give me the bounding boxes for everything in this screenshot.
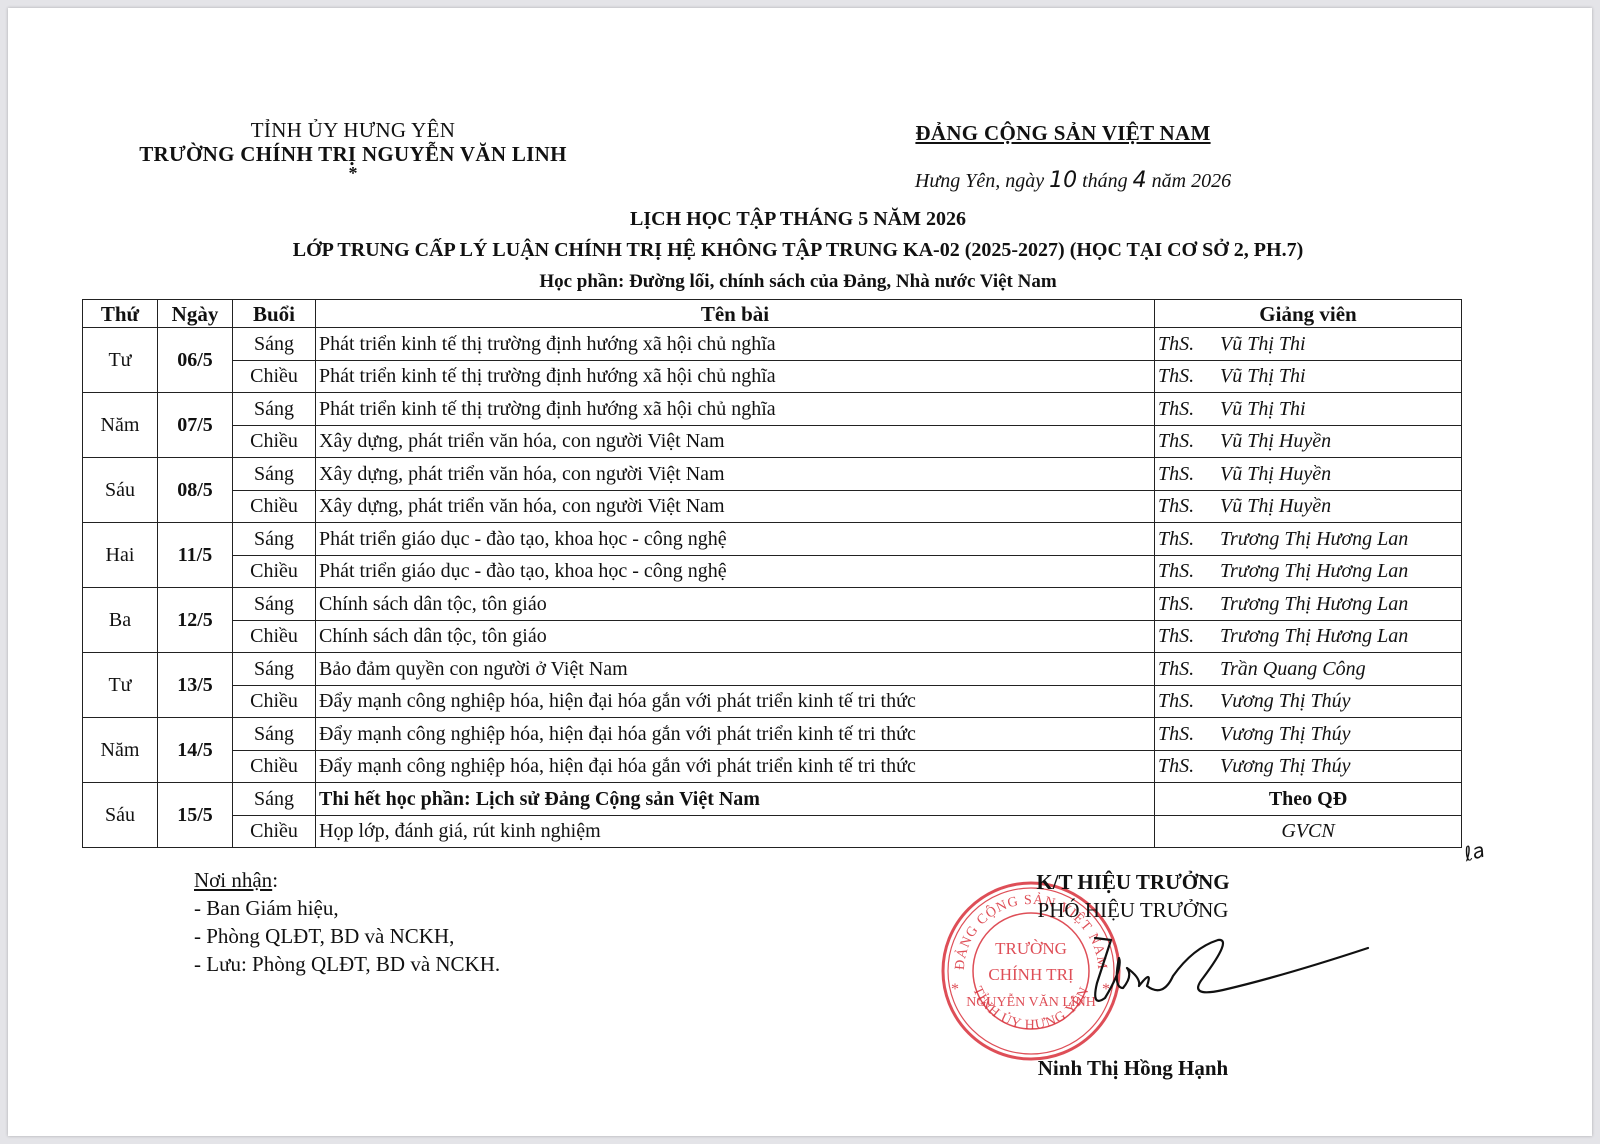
cell-buoi: Chiều bbox=[233, 490, 316, 523]
lecturer-name: Vũ Thị Thi bbox=[1220, 398, 1306, 420]
table-row: ChiềuĐẩy mạnh công nghiệp hóa, hiện đại … bbox=[83, 750, 1462, 783]
cell-thu: Năm bbox=[83, 393, 158, 458]
issuing-organization: TỈNH ỦY HƯNG YÊN TRƯỜNG CHÍNH TRỊ NGUYỄN… bbox=[68, 118, 638, 180]
cell-giang-vien: ThS.Vũ Thị Huyền bbox=[1155, 458, 1462, 491]
cell-thu: Năm bbox=[83, 718, 158, 783]
cell-giang-vien: Theo QĐ bbox=[1155, 783, 1462, 816]
cell-ten-bai: Chính sách dân tộc, tôn giáo bbox=[316, 620, 1155, 653]
cell-giang-vien: ThS.Vũ Thị Huyền bbox=[1155, 490, 1462, 523]
cell-giang-vien: ThS.Vũ Thị Huyền bbox=[1155, 425, 1462, 458]
signature-block: K/T HIỆU TRƯỞNG PHÓ HIỆU TRƯỞNG bbox=[968, 868, 1298, 924]
cell-buoi: Chiều bbox=[233, 360, 316, 393]
cell-buoi: Sáng bbox=[233, 393, 316, 426]
cell-buoi: Chiều bbox=[233, 620, 316, 653]
lecturer-name: GVCN bbox=[1281, 820, 1334, 842]
cell-ten-bai: Chính sách dân tộc, tôn giáo bbox=[316, 588, 1155, 621]
recipient-item: - Ban Giám hiệu, bbox=[194, 894, 500, 922]
date-month-label: tháng bbox=[1082, 170, 1128, 192]
signer-name: Ninh Thị Hồng Hạnh bbox=[968, 1056, 1298, 1081]
header-ngay: Ngày bbox=[158, 300, 233, 328]
cell-thu: Tư bbox=[83, 653, 158, 718]
module-title: Học phần: Đường lối, chính sách của Đảng… bbox=[108, 266, 1488, 297]
cell-ngay: 13/5 bbox=[158, 653, 233, 718]
lecturer-name: Vương Thị Thúy bbox=[1220, 690, 1350, 712]
cell-thu: Sáu bbox=[83, 783, 158, 848]
cell-ngay: 15/5 bbox=[158, 783, 233, 848]
cell-buoi: Sáng bbox=[233, 523, 316, 556]
date-day: 10 bbox=[1049, 168, 1077, 193]
lecturer-title: ThS. bbox=[1158, 528, 1220, 550]
cell-buoi: Chiều bbox=[233, 750, 316, 783]
document-titles: LỊCH HỌC TẬP THÁNG 5 NĂM 2026 LỚP TRUNG … bbox=[108, 204, 1488, 297]
table-row: Tư06/5SángPhát triển kinh tế thị trường … bbox=[83, 328, 1462, 361]
cell-ten-bai: Xây dựng, phát triển văn hóa, con người … bbox=[316, 425, 1155, 458]
lecturer-name: Vũ Thị Huyền bbox=[1220, 495, 1331, 517]
cell-giang-vien: ThS.Trương Thị Hương Lan bbox=[1155, 620, 1462, 653]
table-row: ChiềuHọp lớp, đánh giá, rút kinh nghiệmG… bbox=[83, 815, 1462, 848]
table-row: Năm07/5SángPhát triển kinh tế thị trường… bbox=[83, 393, 1462, 426]
cell-thu: Ba bbox=[83, 588, 158, 653]
header-ten-bai: Tên bài bbox=[316, 300, 1155, 328]
cell-giang-vien: GVCN bbox=[1155, 815, 1462, 848]
handwritten-signature-icon bbox=[1083, 928, 1403, 1038]
lecturer-title: ThS. bbox=[1158, 755, 1220, 777]
cell-ten-bai: Phát triển giáo dục - đào tạo, khoa học … bbox=[316, 555, 1155, 588]
lecturer-name: Trương Thị Hương Lan bbox=[1220, 560, 1408, 582]
lecturer-title: ThS. bbox=[1158, 398, 1220, 420]
cell-giang-vien: ThS.Trần Quang Công bbox=[1155, 653, 1462, 686]
schedule-title: LỊCH HỌC TẬP THÁNG 5 NĂM 2026 bbox=[108, 204, 1488, 235]
lecturer-name: Trương Thị Hương Lan bbox=[1220, 593, 1408, 615]
header-thu: Thứ bbox=[83, 300, 158, 328]
lecturer-name: Vũ Thị Huyền bbox=[1220, 430, 1331, 452]
lecturer-title: ThS. bbox=[1158, 690, 1220, 712]
cell-giang-vien: ThS.Trương Thị Hương Lan bbox=[1155, 523, 1462, 556]
lecturer-title: ThS. bbox=[1158, 333, 1220, 355]
cell-giang-vien: ThS.Vũ Thị Thi bbox=[1155, 393, 1462, 426]
table-row: ChiềuXây dựng, phát triển văn hóa, con n… bbox=[83, 490, 1462, 523]
cell-giang-vien: ThS.Vũ Thị Thi bbox=[1155, 328, 1462, 361]
cell-ngay: 07/5 bbox=[158, 393, 233, 458]
schedule-table: Thứ Ngày Buổi Tên bài Giảng viên Tư06/5S… bbox=[82, 299, 1462, 848]
table-row: Sáu08/5SángXây dựng, phát triển văn hóa,… bbox=[83, 458, 1462, 491]
recipients-label: Nơi nhận bbox=[194, 868, 272, 892]
cell-buoi: Sáng bbox=[233, 328, 316, 361]
lecturer-name: Vương Thị Thúy bbox=[1220, 755, 1350, 777]
cell-ten-bai: Xây dựng, phát triển văn hóa, con người … bbox=[316, 490, 1155, 523]
header-buoi: Buổi bbox=[233, 300, 316, 328]
cell-ngay: 14/5 bbox=[158, 718, 233, 783]
org-star: * bbox=[68, 166, 638, 180]
cell-ten-bai: Đẩy mạnh công nghiệp hóa, hiện đại hóa g… bbox=[316, 685, 1155, 718]
recipient-item: - Phòng QLĐT, BD và NCKH, bbox=[194, 922, 500, 950]
table-row: ChiềuĐẩy mạnh công nghiệp hóa, hiện đại … bbox=[83, 685, 1462, 718]
cell-ten-bai: Phát triển kinh tế thị trường định hướng… bbox=[316, 393, 1155, 426]
lecturer-name: Trương Thị Hương Lan bbox=[1220, 625, 1408, 647]
lecturer-name: Trương Thị Hương Lan bbox=[1220, 528, 1408, 550]
table-header-row: Thứ Ngày Buổi Tên bài Giảng viên bbox=[83, 300, 1462, 328]
cell-ngay: 06/5 bbox=[158, 328, 233, 393]
cell-ten-bai: Xây dựng, phát triển văn hóa, con người … bbox=[316, 458, 1155, 491]
svg-text:CHÍNH TRỊ: CHÍNH TRỊ bbox=[988, 965, 1073, 984]
date-line: Hưng Yên, ngày 10 tháng 4 năm 2026 bbox=[858, 168, 1288, 193]
date-place: Hưng Yên, ngày bbox=[915, 170, 1044, 192]
cell-giang-vien: ThS.Trương Thị Hương Lan bbox=[1155, 588, 1462, 621]
cell-ten-bai: Bảo đảm quyền con người ở Việt Nam bbox=[316, 653, 1155, 686]
lecturer-name: Theo QĐ bbox=[1269, 788, 1347, 810]
cell-giang-vien: ThS.Vương Thị Thúy bbox=[1155, 685, 1462, 718]
document-page: TỈNH ỦY HƯNG YÊN TRƯỜNG CHÍNH TRỊ NGUYỄN… bbox=[8, 8, 1592, 1136]
cell-giang-vien: ThS.Trương Thị Hương Lan bbox=[1155, 555, 1462, 588]
table-row: Sáu15/5SángThi hết học phần: Lịch sử Đản… bbox=[83, 783, 1462, 816]
sign-position: PHÓ HIỆU TRƯỞNG bbox=[968, 896, 1298, 924]
cell-giang-vien: ThS.Vũ Thị Thi bbox=[1155, 360, 1462, 393]
table-row: Hai11/5SángPhát triển giáo dục - đào tạo… bbox=[83, 523, 1462, 556]
cell-thu: Sáu bbox=[83, 458, 158, 523]
cell-buoi: Chiều bbox=[233, 815, 316, 848]
lecturer-title: ThS. bbox=[1158, 365, 1220, 387]
cell-buoi: Sáng bbox=[233, 653, 316, 686]
org-parent: TỈNH ỦY HƯNG YÊN bbox=[68, 118, 638, 142]
cell-ten-bai: Họp lớp, đánh giá, rút kinh nghiệm bbox=[316, 815, 1155, 848]
lecturer-title: ThS. bbox=[1158, 560, 1220, 582]
cell-giang-vien: ThS.Vương Thị Thúy bbox=[1155, 718, 1462, 751]
cell-ten-bai: Phát triển kinh tế thị trường định hướng… bbox=[316, 328, 1155, 361]
lecturer-name: Trần Quang Công bbox=[1220, 658, 1366, 680]
lecturer-title: ThS. bbox=[1158, 430, 1220, 452]
header-giang-vien: Giảng viên bbox=[1155, 300, 1462, 328]
lecturer-title: ThS. bbox=[1158, 593, 1220, 615]
cell-giang-vien: ThS.Vương Thị Thúy bbox=[1155, 750, 1462, 783]
lecturer-title: ThS. bbox=[1158, 495, 1220, 517]
date-month: 4 bbox=[1133, 168, 1147, 193]
svg-text:NGUYỄN VĂN LINH: NGUYỄN VĂN LINH bbox=[966, 992, 1096, 1010]
cell-ten-bai: Đẩy mạnh công nghiệp hóa, hiện đại hóa g… bbox=[316, 718, 1155, 751]
cell-ten-bai: Phát triển giáo dục - đào tạo, khoa học … bbox=[316, 523, 1155, 556]
table-row: Năm14/5SángĐẩy mạnh công nghiệp hóa, hiệ… bbox=[83, 718, 1462, 751]
sign-authority: K/T HIỆU TRƯỞNG bbox=[968, 868, 1298, 896]
cell-thu: Tư bbox=[83, 328, 158, 393]
table-row: Ba12/5SángChính sách dân tộc, tôn giáoTh… bbox=[83, 588, 1462, 621]
schedule-body: Tư06/5SángPhát triển kinh tế thị trường … bbox=[83, 328, 1462, 848]
lecturer-name: Vương Thị Thúy bbox=[1220, 723, 1350, 745]
cell-ngay: 08/5 bbox=[158, 458, 233, 523]
recipients-block: Nơi nhận: - Ban Giám hiệu, - Phòng QLĐT,… bbox=[194, 866, 500, 978]
date-year: năm 2026 bbox=[1152, 170, 1231, 192]
lecturer-name: Vũ Thị Thi bbox=[1220, 365, 1306, 387]
lecturer-title: ThS. bbox=[1158, 625, 1220, 647]
table-row: ChiềuPhát triển giáo dục - đào tạo, khoa… bbox=[83, 555, 1462, 588]
svg-text:*: * bbox=[951, 981, 959, 998]
recipient-item: - Lưu: Phòng QLĐT, BD và NCKH. bbox=[194, 950, 500, 978]
party-heading: ĐẢNG CỘNG SẢN VIỆT NAM bbox=[838, 121, 1288, 146]
class-title: LỚP TRUNG CẤP LÝ LUẬN CHÍNH TRỊ HỆ KHÔNG… bbox=[108, 235, 1488, 266]
initial-mark: ℓa bbox=[1461, 838, 1487, 866]
lecturer-name: Vũ Thị Huyền bbox=[1220, 463, 1331, 485]
lecturer-title: ThS. bbox=[1158, 658, 1220, 680]
cell-buoi: Sáng bbox=[233, 588, 316, 621]
lecturer-title: ThS. bbox=[1158, 463, 1220, 485]
cell-thu: Hai bbox=[83, 523, 158, 588]
cell-buoi: Sáng bbox=[233, 783, 316, 816]
party-name: ĐẢNG CỘNG SẢN VIỆT NAM bbox=[838, 121, 1288, 146]
cell-buoi: Chiều bbox=[233, 685, 316, 718]
cell-ten-bai: Thi hết học phần: Lịch sử Đảng Cộng sản … bbox=[316, 783, 1155, 816]
svg-text:TRƯỜNG: TRƯỜNG bbox=[995, 939, 1067, 958]
cell-buoi: Chiều bbox=[233, 425, 316, 458]
lecturer-name: Vũ Thị Thi bbox=[1220, 333, 1306, 355]
table-row: Tư13/5SángBảo đảm quyền con người ở Việt… bbox=[83, 653, 1462, 686]
table-row: ChiềuChính sách dân tộc, tôn giáoThS.Trư… bbox=[83, 620, 1462, 653]
cell-buoi: Chiều bbox=[233, 555, 316, 588]
cell-buoi: Sáng bbox=[233, 718, 316, 751]
cell-ten-bai: Đẩy mạnh công nghiệp hóa, hiện đại hóa g… bbox=[316, 750, 1155, 783]
cell-ten-bai: Phát triển kinh tế thị trường định hướng… bbox=[316, 360, 1155, 393]
table-row: ChiềuPhát triển kinh tế thị trường định … bbox=[83, 360, 1462, 393]
table-row: ChiềuXây dựng, phát triển văn hóa, con n… bbox=[83, 425, 1462, 458]
cell-buoi: Sáng bbox=[233, 458, 316, 491]
cell-ngay: 12/5 bbox=[158, 588, 233, 653]
lecturer-title: ThS. bbox=[1158, 723, 1220, 745]
cell-ngay: 11/5 bbox=[158, 523, 233, 588]
